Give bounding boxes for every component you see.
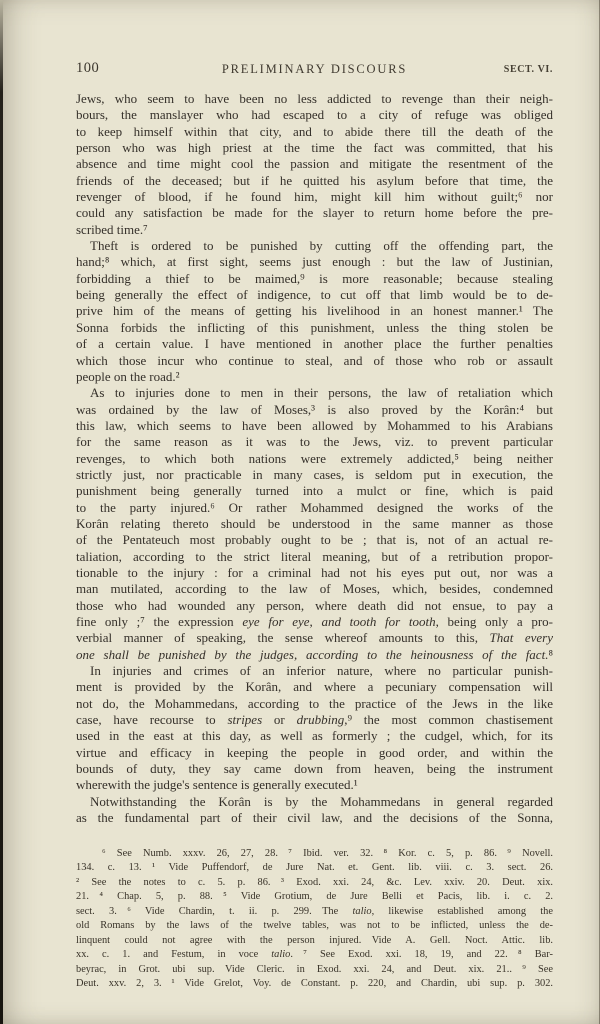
text-line: to keep himself within that city, and to… (76, 124, 553, 140)
footnote-line: Deut. xxv. 2, 3. ¹ Vide Grelot, Voy. de … (76, 977, 553, 991)
text-line: tionable to the injury : for a criminal … (76, 565, 553, 581)
text-line: man mutilated, according to the law of M… (76, 581, 553, 597)
text-line: of the Pentateuch most probably ought to… (76, 532, 553, 548)
text-line: bounds of duty, they say came down from … (76, 761, 553, 777)
text-line: not do, the Mohammedans, according to th… (76, 696, 553, 712)
text-line: case, have recourse to stripes or drubbi… (76, 712, 553, 728)
text-line: one shall be punished by the judges, acc… (76, 647, 553, 663)
text-line: In injuries and crimes of an inferior na… (76, 663, 553, 679)
footnote-line: old Romans by the laws of the twelve tab… (76, 919, 553, 933)
page-left-edge-shadow (0, 0, 3, 1024)
text-line: bours, the manslayer who had escaped to … (76, 107, 553, 123)
text-line: those who had wounded any person, where … (76, 598, 553, 614)
text-line: to the party injured.⁶ Or rather Mohamme… (76, 500, 553, 516)
text-line: Theft is ordered to be punished by cutti… (76, 238, 553, 254)
footnote-line: sect. 3. ⁶ Vide Chardin, t. ii. p. 299. … (76, 905, 553, 919)
text-line: people on the road.² (76, 369, 553, 385)
paragraph: As to injuries done to men in their pers… (76, 385, 553, 663)
text-line: fine only ;⁷ the expression eye for eye,… (76, 614, 553, 630)
paragraph: Notwithstanding the Korân is by the Moha… (76, 794, 553, 827)
text-line: taliation, according to the strict liter… (76, 549, 553, 565)
text-line: for the same reason as it was to the Jew… (76, 434, 553, 450)
footnote-line: ² See the notes to c. 5. p. 86. ³ Exod. … (76, 876, 553, 890)
text-line: person who was high priest at the time t… (76, 140, 553, 156)
text-line: wherewith the judge's sentence is genera… (76, 777, 553, 793)
paragraph: Jews, who seem to have been no less addi… (76, 91, 553, 238)
text-line: friends of the deceased; but if he quitt… (76, 173, 553, 189)
book-page: 100 PRELIMINARY DISCOURS SECT. VI. Jews,… (0, 0, 600, 1024)
page-number: 100 (76, 60, 99, 77)
text-line: verbial manner of speaking, the sense wh… (76, 630, 553, 646)
text-line: could any satisfaction be made for the s… (76, 205, 553, 221)
text-line: forbidding a thief to be maimed,⁹ is mor… (76, 271, 553, 287)
text-line: absence and time might cool the passion … (76, 156, 553, 172)
paragraph: Theft is ordered to be punished by cutti… (76, 238, 553, 385)
footnote-line: 134. c. 13. ¹ Vide Puffendorf, de Jure N… (76, 861, 553, 875)
text-line: revenges, to which both nations were ext… (76, 451, 553, 467)
text-line: strictly just, nor practicable in many c… (76, 467, 553, 483)
text-line: As to injuries done to men in their pers… (76, 385, 553, 401)
text-line: this law, which seems to have been allow… (76, 418, 553, 434)
page-header: 100 PRELIMINARY DISCOURS SECT. VI. (76, 60, 553, 78)
text-line: as the fundamental part of their civil l… (76, 810, 553, 826)
text-line: virtue and efficacy in keeping the peopl… (76, 745, 553, 761)
text-line: Korân relating thereto should be underst… (76, 516, 553, 532)
footnote-line: beyrac, in Grot. ubi sup. Vide Cleric. i… (76, 963, 553, 977)
footnote-line: linquent could not agree with the person… (76, 934, 553, 948)
text-line: being generally the effect of indigence,… (76, 287, 553, 303)
paragraph: In injuries and crimes of an inferior na… (76, 663, 553, 794)
text-line: Notwithstanding the Korân is by the Moha… (76, 794, 553, 810)
text-line: Sonna forbids the inflicting of this pun… (76, 320, 553, 336)
text-line: ment is provided by the Korân, and where… (76, 679, 553, 695)
running-title: PRELIMINARY DISCOURS (222, 62, 407, 77)
text-line: prive him of the means of getting his li… (76, 303, 553, 319)
text-line: which those incur who continue to steal,… (76, 353, 553, 369)
text-line: punishment being generally turned into a… (76, 483, 553, 499)
text-line: hand;⁸ which, at first sight, seems just… (76, 254, 553, 270)
text-line: revenger of blood, if he found him, migh… (76, 189, 553, 205)
text-line: scribed time.⁷ (76, 222, 553, 238)
text-line: of a certain value. I have mentioned in … (76, 336, 553, 352)
footnote-line: xx. c. 1. and Festum, in voce talio. ⁷ S… (76, 948, 553, 962)
footnotes: ⁶ See Numb. xxxv. 26, 27, 28. ⁷ Ibid. ve… (76, 847, 553, 992)
text-line: Jews, who seem to have been no less addi… (76, 91, 553, 107)
section-label: SECT. VI. (504, 64, 553, 75)
footnote-line: 21. ⁴ Chap. 5, p. 88. ⁵ Vide Grotium, de… (76, 890, 553, 904)
text-line: used in the east at this day, as well as… (76, 728, 553, 744)
body-text: Jews, who seem to have been no less addi… (76, 91, 553, 826)
text-line: was ordained by the law of Moses,³ is al… (76, 402, 553, 418)
footnote-line: ⁶ See Numb. xxxv. 26, 27, 28. ⁷ Ibid. ve… (76, 847, 553, 861)
